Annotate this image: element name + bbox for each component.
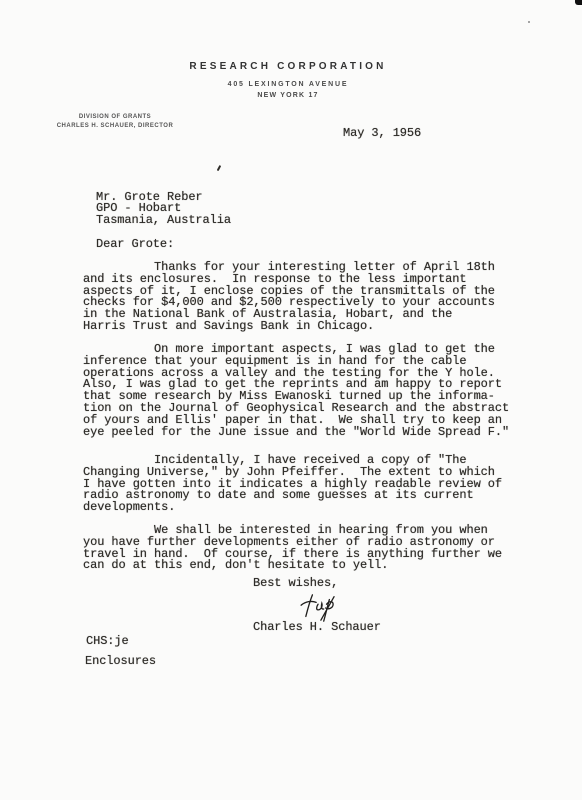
division-director: CHARLES H. SCHAUER, DIRECTOR — [56, 122, 174, 131]
body-paragraph-1: Thanks for your interesting letter of Ap… — [83, 262, 495, 333]
scan-artifact-dot — [528, 21, 530, 23]
division-name: DIVISION OF GRANTS — [56, 113, 174, 122]
body-paragraph-3: Incidentally, I have received a copy of … — [83, 455, 502, 514]
body-paragraph-4: We shall be interested in hearing from y… — [83, 525, 502, 572]
enclosures-note: Enclosures — [85, 656, 156, 668]
org-address-street: 405 LEXINGTON AVENUE — [0, 81, 576, 88]
scan-artifact-corner — [575, 0, 582, 5]
valediction: Best wishes, — [253, 578, 338, 590]
recipient-address: Mr. Grote Reber GPO - Hobart Tasmania, A… — [96, 192, 231, 226]
letter-date: May 3, 1956 — [343, 128, 421, 140]
division-block: DIVISION OF GRANTS CHARLES H. SCHAUER, D… — [56, 113, 174, 130]
letterhead: RESEARCH CORPORATION 405 LEXINGTON AVENU… — [0, 61, 576, 99]
signature-typed-name: Charles H. Schauer — [253, 622, 381, 634]
letter-page: RESEARCH CORPORATION 405 LEXINGTON AVENU… — [0, 0, 582, 800]
body-paragraph-2: On more important aspects, I was glad to… — [83, 344, 509, 438]
salutation: Dear Grote: — [96, 239, 174, 251]
scan-artifact-stray-mark — [217, 165, 221, 171]
org-address-city: NEW YORK 17 — [0, 92, 576, 99]
org-name: RESEARCH CORPORATION — [0, 61, 576, 72]
typist-initials: CHS:je — [86, 636, 129, 648]
